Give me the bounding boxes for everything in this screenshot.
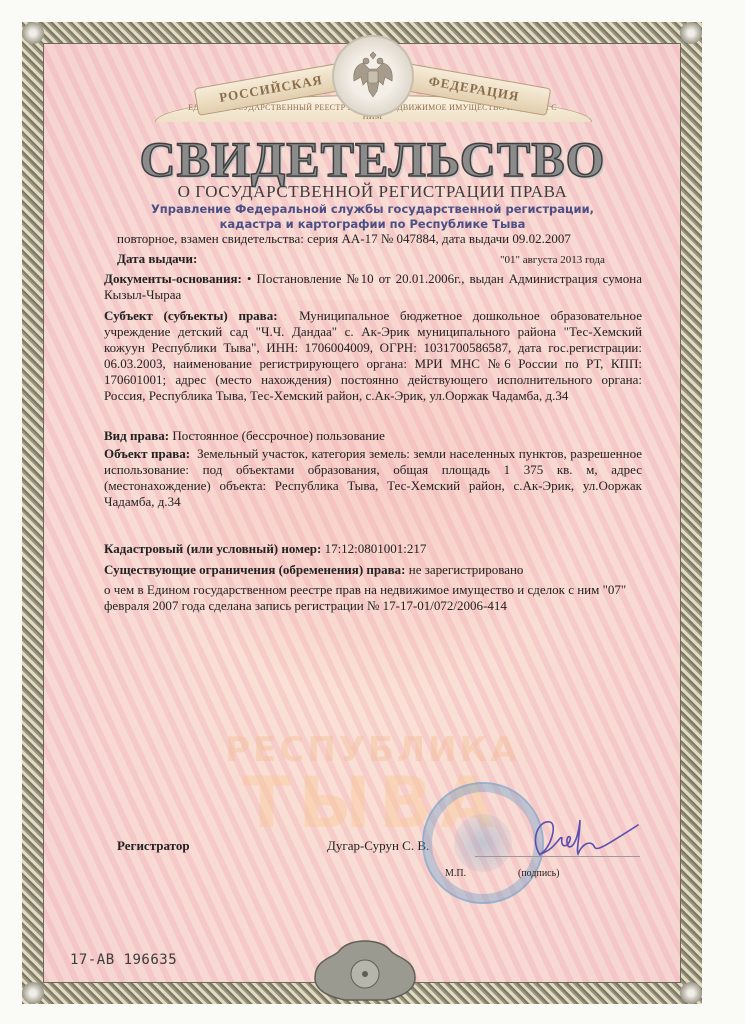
corner-ornament-icon: [680, 22, 702, 44]
coat-of-arms-medallion: [332, 35, 414, 117]
registrar-name: Дугар-Сурун С. В.: [327, 838, 429, 854]
encumbrances-label: Существующие ограничения (обременения) п…: [104, 562, 405, 577]
basis-documents-label: Документы-основания:: [104, 271, 242, 286]
agency-line1: Управление Федеральной службы государств…: [0, 202, 745, 217]
subject-of-right: Субъект (субъекты) права: Муниципальное …: [104, 308, 642, 404]
encumbrances: Существующие ограничения (обременения) п…: [104, 562, 523, 578]
object-of-right: Объект права: Земельный участок, категор…: [104, 446, 642, 510]
header-banner: ЕДИНЫЙ ГОСУДАРСТВЕННЫЙ РЕЕСТР ПРАВ НА НЕ…: [145, 25, 600, 125]
issuing-agency: Управление Федеральной службы государств…: [0, 202, 745, 232]
seal-label: М.П.: [445, 866, 466, 882]
right-type-value: Постоянное (бессрочное) пользование: [172, 428, 385, 443]
document-title: СВИДЕТЕЛЬСТВО: [0, 130, 745, 188]
agency-line2: кадастра и картографии по Республике Тыв…: [0, 217, 745, 232]
document-subtitle: О ГОСУДАРСТВЕННОЙ РЕГИСТРАЦИИ ПРАВА: [0, 182, 745, 202]
right-type-label: Вид права:: [104, 428, 169, 443]
double-headed-eagle-icon: [351, 51, 395, 101]
corner-ornament-icon: [680, 982, 702, 1004]
issue-date-value: "01" августа 2013 года: [500, 252, 605, 268]
form-serial-number: 17-АВ 196635: [70, 952, 177, 968]
issue-date-label: Дата выдачи:: [117, 251, 197, 267]
signature-icon: [510, 810, 640, 870]
corner-ornament-icon: [22, 22, 44, 44]
reissue-note: повторное, взамен свидетельства: серия А…: [117, 231, 571, 247]
cadastral-value: 17:12:0801001:217: [325, 541, 427, 556]
signature-caption: (подпись): [518, 866, 560, 882]
subject-label: Субъект (субъекты) права:: [104, 308, 278, 323]
object-label: Объект права:: [104, 446, 190, 461]
rosette-ornament-icon: [305, 938, 425, 1004]
basis-documents: Документы-основания: • Постановление №10…: [104, 271, 642, 303]
right-type: Вид права: Постоянное (бессрочное) польз…: [104, 428, 642, 444]
registry-record: о чем в Едином государственном реестре п…: [104, 582, 634, 614]
corner-ornament-icon: [22, 982, 44, 1004]
registrar-label: Регистратор: [117, 838, 190, 854]
cadastral-label: Кадастровый (или условный) номер:: [104, 541, 321, 556]
cadastral-number: Кадастровый (или условный) номер: 17:12:…: [104, 541, 426, 557]
encumbrances-value: не зарегистрировано: [409, 562, 524, 577]
